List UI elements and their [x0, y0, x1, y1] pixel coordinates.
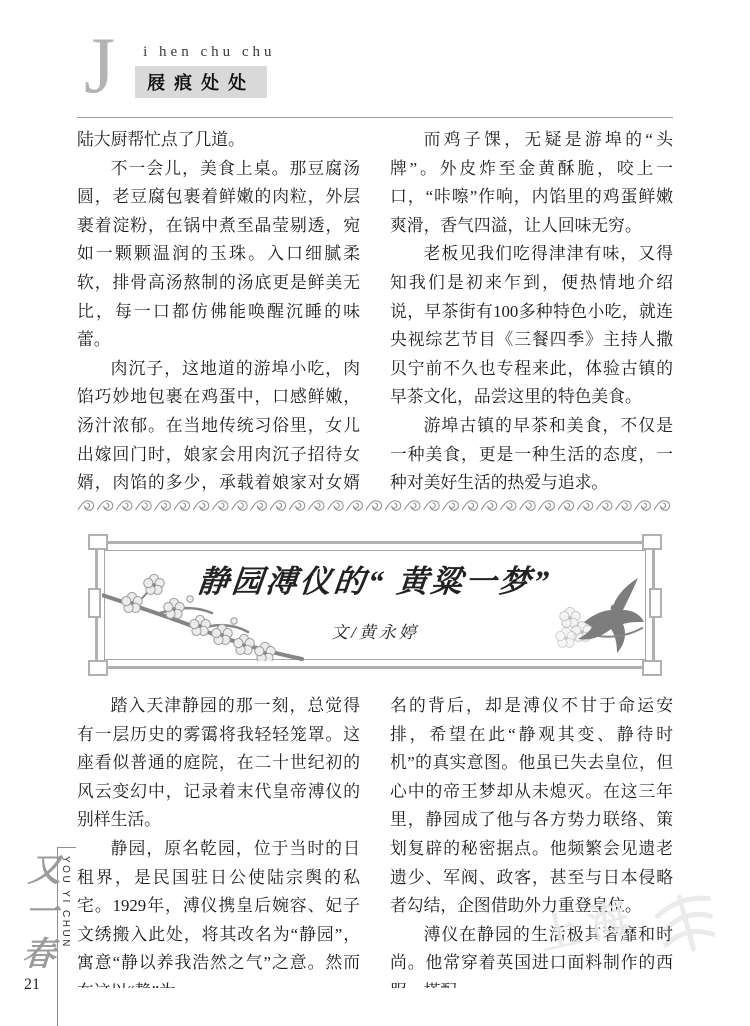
paragraph: 而鸡子馃，无疑是游埠的“头牌”。外皮炸至金黄酥脆，咬上一口，“咔嚓”作响，内馅里…	[390, 126, 673, 240]
header-divider-line	[77, 117, 673, 118]
food-article-left-column: 陆大厨帮忙点了几道。不一会儿，美食上桌。那豆腐汤圆，老豆腐包裹着鲜嫩的肉粒，外层…	[77, 126, 360, 502]
section-title-group: i hen chu chu 屐痕处处	[135, 44, 275, 98]
paragraph: 陆大厨帮忙点了几道。	[77, 126, 360, 155]
frame-side-notch	[649, 588, 662, 618]
feature-title-frame: 静园溥仪的“ 黄粱一梦” 文/黄永婷	[95, 541, 655, 669]
jingyuan-article-right-column: 名的背后，却是溥仪不甘于命运安排，希望在此“静观其变、静待时机”的真实意图。他虽…	[390, 692, 673, 988]
paragraph: 不一会儿，美食上桌。那豆腐汤圆，老豆腐包裹着鲜嫩的肉粒，外层裹着淀粉，在锅中煮至…	[77, 155, 360, 355]
page-number: 21	[24, 976, 40, 994]
page-header: J i hen chu chu 屐痕处处	[84, 30, 276, 104]
food-article-columns: 陆大厨帮忙点了几道。不一会儿，美食上桌。那豆腐汤圆，老豆腐包裹着鲜嫩的肉粒，外层…	[77, 126, 673, 502]
magazine-page: J i hen chu chu 屐痕处处 陆大厨帮忙点了几道。不一会儿，美食上桌…	[0, 0, 750, 1026]
frame-corner-ornament	[642, 534, 662, 550]
watermark-glyphs	[645, 883, 729, 968]
feature-article-byline: 文/黄永婷	[98, 618, 652, 643]
paragraph: 肉沉子，这地道的游埠小吃，肉馅巧妙地包裹在鸡蛋中，口感鲜嫩，汤汁浓郁。在当地传统…	[77, 355, 360, 502]
paragraph: 老板见我们吃得津津有味，又得知我们是初来乍到，便热情地介绍说，早茶街有100多种…	[390, 240, 673, 412]
jingyuan-article-left-column: 踏入天津静园的那一刻，总觉得有一层历史的雾霭将我轻轻笼罩。这座看似普通的庭院，在…	[77, 692, 360, 988]
paragraph: 静园，原名乾园，位于当时的日租界，是民国驻日公使陆宗舆的私宅。1929年，溥仪携…	[77, 835, 360, 988]
food-article-right-column: 而鸡子馃，无疑是游埠的“头牌”。外皮炸至金黄酥脆，咬上一口，“咔嚓”作响，内馅里…	[390, 126, 673, 502]
paragraph: 游埠古镇的早茶和美食，不仅是一种美食，更是一种生活的态度，一种对美好生活的热爱与…	[390, 412, 673, 498]
section-pinyin: i hen chu chu	[143, 44, 275, 61]
wave-ornament-divider	[77, 496, 673, 514]
frame-corner-ornament	[88, 534, 108, 550]
section-initial-letter: J	[84, 30, 115, 104]
section-title-badge: 屐痕处处	[135, 66, 267, 98]
paragraph: 踏入天津静园的那一刻，总觉得有一层历史的雾霭将我轻轻笼罩。这座看似普通的庭院，在…	[77, 692, 360, 835]
feature-article-title: 静园溥仪的“ 黄粱一梦”	[96, 556, 655, 601]
sidebar-magazine-calligraphy: 又一春	[11, 852, 67, 978]
